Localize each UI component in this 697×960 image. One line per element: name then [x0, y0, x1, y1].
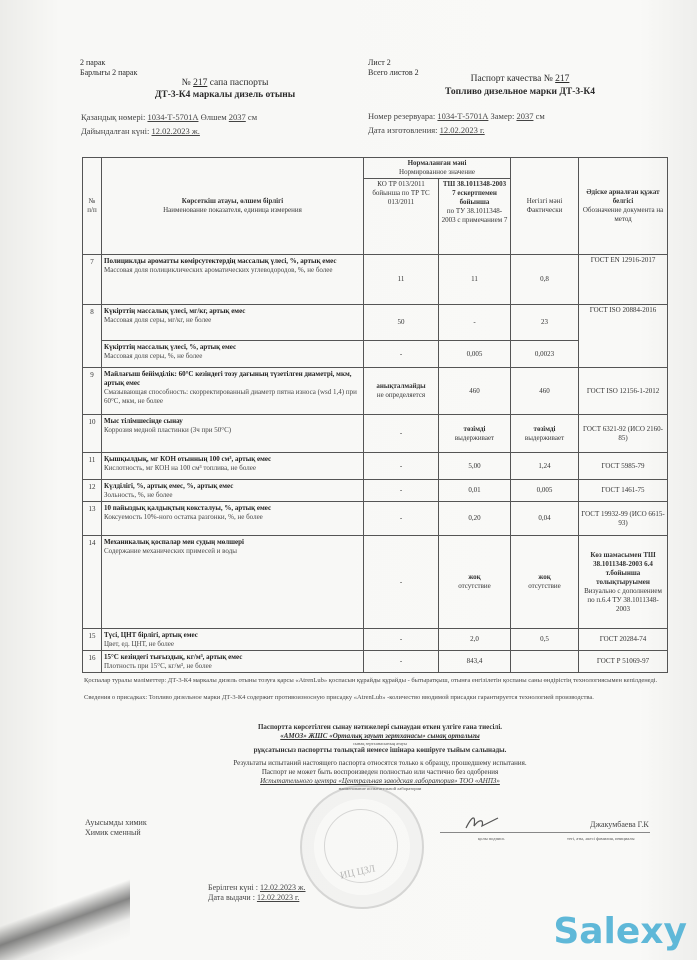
- header-name: Көрсеткіш атауы, өлшем бірлігі Наименова…: [102, 158, 364, 255]
- row-number: 13: [83, 502, 102, 536]
- additive-note-ru: Сведения о присадках: Топливо дизельное …: [84, 694, 664, 703]
- method-value: Көз шамасымен ТШ 38.1011348-2003 6.4 т.б…: [579, 536, 668, 629]
- ru-tank-number: 1034-Т-5701А: [437, 111, 488, 121]
- norm-tu-value: -: [439, 305, 511, 341]
- row-name: Күкірттің массалық үлесі, %, артық емесМ…: [102, 341, 364, 368]
- kz-product-title: ДТ-3-К4 маркалы дизель отыны: [75, 90, 375, 100]
- table-row: 8Күкірттің массалық үлесі, мг/кг, артық …: [83, 305, 668, 341]
- norm-tu-value: 11: [439, 255, 511, 305]
- kz-date-value: 12.02.2023 ж.: [152, 126, 200, 136]
- ru-tank-line: Номер резервуара: 1034-Т-5701А Замер: 20…: [368, 111, 545, 121]
- kz-tank-line: Қазандық нөмері: 1034-Т-5701А Өлшем 2037…: [81, 112, 257, 122]
- norm-tr-value: -: [364, 629, 439, 651]
- actual-value: 1,24: [511, 453, 579, 480]
- kz-passport-number: 217: [193, 78, 207, 88]
- norm-tu-value: 5,00: [439, 453, 511, 480]
- ru-product-title: Топливо дизельное марки ДТ-3-К4: [370, 87, 670, 97]
- header-norm-tr: КО ТР 013/2011 бойынша по ТР ТС 013/2011: [364, 179, 439, 255]
- norm-tr-value: анықталмайдыне определяется: [364, 368, 439, 415]
- signature-icon: [462, 812, 502, 834]
- ru-passport-number: 217: [555, 74, 569, 84]
- table-row: 1310 пайыздық қалдықтың коксталуы, %, ар…: [83, 502, 668, 536]
- row-number: 9: [83, 368, 102, 415]
- row-name: Түсі, ЦНТ бірлігі, артық емесЦвет, ед. Ц…: [102, 629, 364, 651]
- row-number: 7: [83, 255, 102, 305]
- row-name: Майлағыш бейімділік: 60°С кезіндегі тозу…: [102, 368, 364, 415]
- actual-value: 23: [511, 305, 579, 341]
- method-value: ГОСТ 5985-79: [579, 453, 668, 480]
- norm-tr-value: 11: [364, 255, 439, 305]
- table-row: 14Механикалық қоспалар мен судың мөлшері…: [83, 536, 668, 629]
- method-value: ГОСТ 6321-92 (ИСО 2160-85): [579, 415, 668, 453]
- quality-table: № п/п Көрсеткіш атауы, өлшем бірлігі Наи…: [82, 157, 668, 673]
- norm-tu-value: төзімдівыдерживает: [439, 415, 511, 453]
- table-row: 7Полициклды ароматты көмірсутектердің ма…: [83, 255, 668, 305]
- table-row: 11Қышқылдық, мг КОН отынның 100 см³, арт…: [83, 453, 668, 480]
- kz-tank-number: 1034-Т-5701А: [147, 112, 198, 122]
- actual-value: [511, 651, 579, 673]
- actual-value: жоқотсутствие: [511, 536, 579, 629]
- row-name: 10 пайыздық қалдықтың коксталуы, %, арты…: [102, 502, 364, 536]
- method-value: ГОСТ EN 12916-2017: [579, 255, 668, 305]
- paper-shadow: [0, 860, 130, 960]
- header-norm: Нормаланған мәні Нормированное значение: [364, 158, 511, 179]
- actual-value: 0,8: [511, 255, 579, 305]
- row-name: Мыс тілімшесінде сынауКоррозия медной пл…: [102, 415, 364, 453]
- row-number: 11: [83, 453, 102, 480]
- table-body: 7Полициклды ароматты көмірсутектердің ма…: [83, 255, 668, 673]
- row-number: 12: [83, 480, 102, 502]
- table-row: 12Күлділігі, %, артық емес, %, артық еме…: [83, 480, 668, 502]
- ru-date-line: Дата изготовления: 12.02.2023 г.: [368, 125, 485, 135]
- norm-tr-value: -: [364, 651, 439, 673]
- kz-passport-title: № 217 сапа паспорты: [75, 78, 375, 88]
- table-row: 1615°С кезіндегі тығыздық, кг/м³, артық …: [83, 651, 668, 673]
- norm-tr-value: -: [364, 480, 439, 502]
- additive-note-kz: Қоспалар туралы мәліметтер: ДТ-3-К4 марк…: [84, 677, 664, 686]
- row-name: Механикалық қоспалар мен судың мөлшеріСо…: [102, 536, 364, 629]
- kz-measure-value: 2037: [229, 112, 246, 122]
- actual-value: 0,5: [511, 629, 579, 651]
- method-value: ГОСТ ISO 12156-1-2012: [579, 368, 668, 415]
- norm-tu-value: 0,20: [439, 502, 511, 536]
- norm-tr-value: -: [364, 502, 439, 536]
- row-name: Қышқылдық, мг КОН отынның 100 см³, артық…: [102, 453, 364, 480]
- header-actual: Негізгі мәні Фактически: [511, 158, 579, 255]
- norm-tu-value: 0,01: [439, 480, 511, 502]
- table-row: 10Мыс тілімшесінде сынауКоррозия медной …: [83, 415, 668, 453]
- norm-tr-value: -: [364, 341, 439, 368]
- row-number: 10: [83, 415, 102, 453]
- kz-sheet: 2 парак: [80, 58, 137, 68]
- method-value: ГОСТ 20284-74: [579, 629, 668, 651]
- row-name: Полициклды ароматты көмірсутектердің мас…: [102, 255, 364, 305]
- actual-value: 460: [511, 368, 579, 415]
- actual-value: 0,04: [511, 502, 579, 536]
- lab-stamp: ИЦ ЦЗЛ: [300, 785, 424, 909]
- row-name: 15°С кезіндегі тығыздық, кг/м³, артық ем…: [102, 651, 364, 673]
- validity-block: Паспортта көрсетілген сынау нәтижелері с…: [150, 723, 610, 791]
- signature-caption: қолы подпись: [478, 836, 504, 841]
- row-number: 16: [83, 651, 102, 673]
- row-number: 15: [83, 629, 102, 651]
- method-value: ГОСТ ISO 20884-2016: [579, 305, 668, 368]
- norm-tu-value: 843,4: [439, 651, 511, 673]
- kz-sheets-total: Барлығы 2 парак: [80, 68, 137, 78]
- norm-tr-value: -: [364, 536, 439, 629]
- row-number: 14: [83, 536, 102, 629]
- ru-measure-value: 2037: [516, 111, 533, 121]
- signer-caption: тегі, аты, әкесі фамилия, инициалы: [567, 836, 634, 841]
- actual-value: төзімдівыдерживает: [511, 415, 579, 453]
- norm-tr-value: -: [364, 453, 439, 480]
- chemist-role: Ауысымды химик Химик сменный: [85, 818, 147, 838]
- document-page: 2 парак Барлығы 2 парак № 217 сапа паспо…: [0, 0, 697, 960]
- norm-tu-value: 460: [439, 368, 511, 415]
- method-value: ГОСТ Р 51069-97: [579, 651, 668, 673]
- header-norm-tu: ТШ 38.1011348-2003 7 ескертпемен бойынша…: [439, 179, 511, 255]
- row-name: Күкірттің массалық үлесі, мг/кг, артық е…: [102, 305, 364, 341]
- header-method: Әдіске арналған құжат белгісі Обозначени…: [579, 158, 668, 255]
- ru-sheet: Лист 2: [368, 58, 419, 68]
- issue-date: Берілген күні : 12.02.2023 ж. Дата выдач…: [208, 883, 306, 903]
- norm-tu-value: жоқотсутствие: [439, 536, 511, 629]
- header-num: № п/п: [83, 158, 102, 255]
- kz-date-line: Дайындалған күні: 12.02.2023 ж.: [81, 126, 200, 136]
- row-name: Күлділігі, %, артық емес, %, артық емесЗ…: [102, 480, 364, 502]
- actual-value: 0,0023: [511, 341, 579, 368]
- salexy-watermark: Salexy: [553, 911, 687, 952]
- ru-date-value: 12.02.2023 г.: [440, 125, 485, 135]
- method-value: ГОСТ 1461-75: [579, 480, 668, 502]
- row-number: 8: [83, 305, 102, 368]
- table-row: 15Түсі, ЦНТ бірлігі, артық емесЦвет, ед.…: [83, 629, 668, 651]
- norm-tr-value: -: [364, 415, 439, 453]
- norm-tu-value: 2,0: [439, 629, 511, 651]
- norm-tr-value: 50: [364, 305, 439, 341]
- actual-value: 0,005: [511, 480, 579, 502]
- method-value: ГОСТ 19932-99 (ИСО 6615-93): [579, 502, 668, 536]
- norm-tu-value: 0,005: [439, 341, 511, 368]
- signature-line: [440, 832, 650, 833]
- signer-name: Джакумбаева Г.К: [590, 820, 649, 830]
- ru-passport-title: Паспорт качества № 217: [370, 74, 670, 84]
- table-row: 9Майлағыш бейімділік: 60°С кезіндегі тоз…: [83, 368, 668, 415]
- kz-sheet-info: 2 парак Барлығы 2 парак: [80, 58, 137, 78]
